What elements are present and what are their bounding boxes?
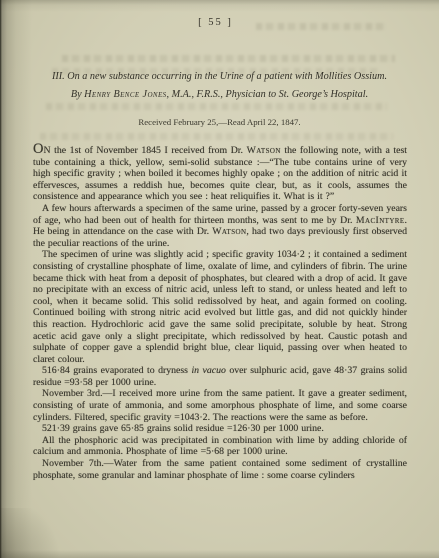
text-segment: MacIntyre bbox=[356, 215, 405, 226]
byline: By Henry Bence Jones, M.A., F.R.S., Phys… bbox=[0, 89, 439, 100]
page-number: [ 55 ] bbox=[0, 17, 431, 28]
text-segment: Henry Bence Jones bbox=[84, 89, 166, 100]
bleedthrough-smudge bbox=[46, 103, 387, 110]
text-segment: N bbox=[43, 145, 50, 156]
body-text: ON the 1st of November 1845 I received f… bbox=[33, 144, 407, 481]
bleedthrough-smudge bbox=[40, 133, 393, 140]
paragraph: ON the 1st of November 1845 I received f… bbox=[33, 144, 407, 203]
received-read-dates: Received February 25,—Read April 22, 184… bbox=[0, 117, 439, 127]
text-segment: By bbox=[71, 89, 84, 100]
text-segment: All the phosphoric acid was precipitated… bbox=[33, 435, 407, 458]
text-segment: The specimen of urine was slightly acid … bbox=[33, 249, 407, 364]
paragraph: November 7th.—Water from the same patien… bbox=[33, 458, 407, 481]
text-segment: the 1st of November 1845 I received from… bbox=[51, 145, 247, 156]
text-segment: , M.A., F.R.S., Physician to St. George’… bbox=[167, 89, 369, 100]
text-segment: in vacuo bbox=[191, 365, 225, 376]
scanned-page: [ 55 ] III. On a new substance occurring… bbox=[0, 0, 439, 558]
text-segment: 516·84 grains evaporated to dryness bbox=[42, 365, 191, 376]
text-segment: 521·39 grains gave 65·85 grains solid re… bbox=[42, 423, 324, 434]
text-segment: Watson bbox=[212, 226, 246, 237]
paragraph: The specimen of urine was slightly acid … bbox=[33, 249, 407, 365]
scan-edge-shadow-bottom bbox=[0, 550, 439, 558]
article-title: III. On a new substance occurring in the… bbox=[0, 71, 439, 82]
scan-edge-shadow-top bbox=[0, 0, 439, 12]
text-segment: O bbox=[33, 141, 43, 157]
paragraph: All the phosphoric acid was precipitated… bbox=[33, 435, 407, 458]
paragraph: A few hours afterwards a specimen of the… bbox=[33, 203, 407, 249]
paragraph: November 3rd.—I received more urine from… bbox=[33, 388, 407, 423]
paragraph: 516·84 grains evaporated to dryness in v… bbox=[33, 365, 407, 388]
bleedthrough-smudge bbox=[62, 55, 395, 62]
text-segment: November 3rd.—I received more urine from… bbox=[33, 388, 407, 422]
text-segment: Watson bbox=[247, 145, 281, 156]
scan-corner-smudge bbox=[0, 508, 70, 558]
paragraph: 521·39 grains gave 65·85 grains solid re… bbox=[33, 423, 407, 435]
text-segment: November 7th.—Water from the same patien… bbox=[33, 458, 407, 481]
text-segment: A few hours afterwards a specimen of the… bbox=[33, 203, 407, 226]
scan-edge-shadow-left bbox=[0, 0, 32, 558]
